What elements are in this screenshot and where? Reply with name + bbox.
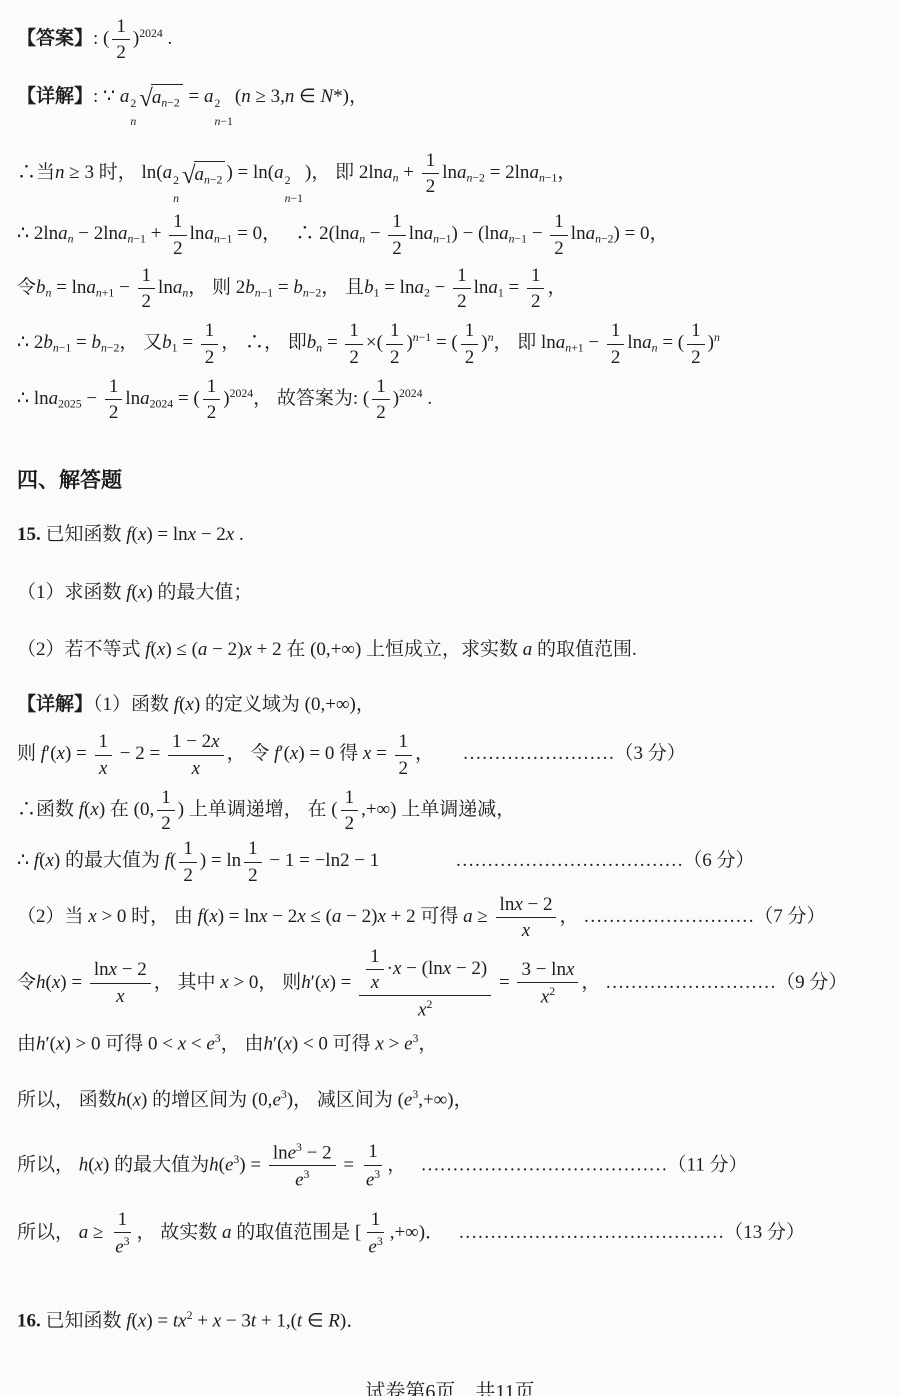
math-line: 【详解】（1）函数 f(x) 的定义域为 (0,+∞)，: [17, 693, 884, 718]
math-line: 令h(x) = lnx − 2x， 其中 x > 0， 则h′(x) = 1x·…: [17, 946, 884, 1021]
math-line: ∴当n ≥ 3 时， ln(a2n√an−2) = ln(a2n−1)， 即 2…: [17, 150, 884, 205]
solution-content: 【答案】: (12)2024 .【详解】: ∵ a2n√an−2 = a2n−1…: [0, 0, 900, 1334]
math-line: 【答案】: (12)2024 .: [17, 16, 884, 64]
math-line: 由h′(x) > 0 可得 0 < x < e3， 由h′(x) < 0 可得 …: [17, 1031, 884, 1057]
math-line: 则 f′(x) = 1x − 2 = 1 − 2xx， 令 f′(x) = 0 …: [17, 731, 884, 779]
document-page: 【答案】: (12)2024 .【详解】: ∵ a2n√an−2 = a2n−1…: [0, 0, 900, 1396]
math-line: 所以， 函数h(x) 的增区间为 (0,e3)， 减区间为 (e3,+∞)，: [17, 1087, 884, 1113]
math-line: ∴ 2lnan − 2lnan−1 + 12lnan−1 = 0， ∴ 2(ln…: [17, 211, 884, 259]
math-line: 16. 已知函数 f(x) = tx2 + x − 3t + 1,(t ∈ R)…: [17, 1308, 884, 1334]
math-line: ∴ f(x) 的最大值为 f(12) = ln12 − 1 = −ln2 − 1…: [17, 838, 884, 886]
math-line: （2）若不等式 f(x) ≤ (a − 2)x + 2 在 (0,+∞) 上恒成…: [17, 638, 884, 663]
math-line: 【详解】: ∵ a2n√an−2 = a2n−1(n ≥ 3,n ∈ N*)，: [17, 84, 884, 129]
math-line: ∴ lna2025 − 12lna2024 = (12)2024， 故答案为: …: [17, 376, 884, 424]
math-line: （1）求函数 f(x) 的最大值；: [17, 581, 884, 606]
math-line: 所以， a ≥ 1e3， 故实数 a 的取值范围是 [1e3,+∞)． ……………: [17, 1209, 884, 1258]
math-line: （2）当 x > 0 时， 由 f(x) = lnx − 2x ≤ (a − 2…: [17, 894, 884, 942]
section-heading: 四、解答题: [17, 467, 884, 494]
math-line: 所以， h(x) 的最大值为h(e3) = lne3 − 2e3 = 1e3， …: [17, 1141, 884, 1191]
math-line: ∴ 2bn−1 = bn−2， 又b1 = 12， ∴， 即bn = 12×(1…: [17, 320, 884, 368]
math-line: 15. 已知函数 f(x) = lnx − 2x .: [17, 523, 884, 548]
page-footer: 试卷第6页，共11页: [0, 1375, 900, 1396]
math-line: 令bn = lnan+1 − 12lnan， 则 2bn−1 = bn−2， 且…: [17, 265, 884, 313]
math-line: ∴函数 f(x) 在 (0,12) 上单调递增， 在 (12,+∞) 上单调递减…: [17, 787, 884, 835]
